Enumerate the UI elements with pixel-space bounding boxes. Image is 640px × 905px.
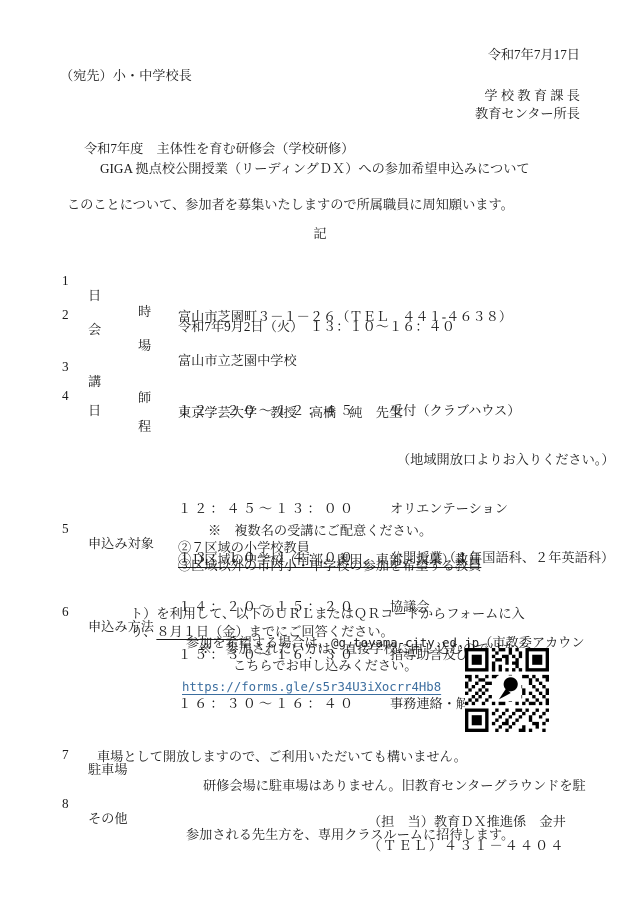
- sender-education-center-director: 教育センター所長: [475, 106, 580, 122]
- schedule-time: １６：３０～１６：４０: [178, 696, 390, 712]
- item-number: 1: [62, 273, 69, 289]
- item-number: 6: [62, 604, 69, 620]
- item-number: 5: [62, 521, 69, 537]
- item-number: 4: [62, 388, 69, 404]
- application-line-2: ト）を利用して、以下のＵＲＬまたはＱＲコードからフォームに入: [130, 606, 525, 622]
- intro-text: このことについて、参加者を募集いたしますので所属職員に周知願います。: [67, 197, 514, 213]
- schedule-time: １２：２０～１２：４５: [178, 403, 390, 419]
- schedule-desc: 受付（クラブハウス）: [390, 403, 520, 418]
- issue-date: 令和7年7月17日: [488, 47, 580, 63]
- addressee: （宛先）小・中学校長: [60, 68, 192, 84]
- qr-finder-top-right: [525, 648, 549, 672]
- contact-phone: （ＴＥＬ）４３１－４４０４: [368, 838, 565, 854]
- form-url-link[interactable]: https://forms.gle/s5r34U3iXocrr4Hb8: [182, 680, 441, 695]
- eligibility-line-2: ②７区域の小学校教員: [178, 540, 310, 556]
- doc-title-line1: 令和7年度 主体性を育む研修会（学校研修）: [84, 141, 354, 157]
- item-number: 7: [62, 747, 69, 763]
- record-marker: 記: [0, 226, 640, 242]
- application-line-3: り、８月１日（金）までにご回答ください。: [130, 624, 394, 640]
- parking-line-2: 車場として開放しますので、ご利用いただいても構いません。: [97, 749, 467, 765]
- schedule-row: １２：２０～１２：４５受付（クラブハウス）: [178, 403, 615, 421]
- eligibility-line-3: ③区域以外の市内小・中学校の参加を希望する教員: [178, 558, 481, 574]
- item-number: 2: [62, 307, 69, 323]
- schedule-row: １６：３０～１６：４０事務連絡・解散: [178, 696, 615, 714]
- deadline-date: ８月１日（金）: [156, 624, 248, 639]
- sender-school-education-chief: 学 校 教 育 課 長: [484, 88, 580, 104]
- eligibility-note: ※ 複数名の受講にご配意ください。: [208, 523, 432, 539]
- item-label: その他: [88, 811, 128, 827]
- item-label: 日: [88, 403, 101, 419]
- qr-finder-bottom-left: [465, 708, 489, 732]
- qr-finder-top-left: [465, 648, 489, 672]
- contact-person: （担 当）教育ＤＸ推進係 金井: [368, 814, 566, 830]
- schedule-desc: （地域開放口よりお入りください。）: [397, 452, 615, 467]
- item-label: 申込み対象: [88, 536, 154, 552]
- document-page: 令和7年7月17日 （宛先）小・中学校長 学 校 教 育 課 長 教育センター所…: [0, 0, 640, 905]
- application-text: までにご回答ください。: [249, 624, 394, 639]
- schedule-row: （地域開放口よりお入りください。）: [178, 452, 615, 470]
- application-note-2: こちらでお申し込みください。: [233, 658, 418, 674]
- doc-title-line2: GIGA 拠点校公開授業（リーディングＤＸ）への参加希望申込みについて: [100, 161, 530, 177]
- qr-code: [465, 648, 549, 732]
- venue-address: 富山市芝園町３－１－２６（ＴＥＬ ４４１-４６３８）: [178, 309, 512, 325]
- item-label: 程: [138, 419, 151, 435]
- item-number: 8: [62, 796, 69, 812]
- item-label: 会: [88, 322, 101, 338]
- application-text: り、: [130, 624, 156, 639]
